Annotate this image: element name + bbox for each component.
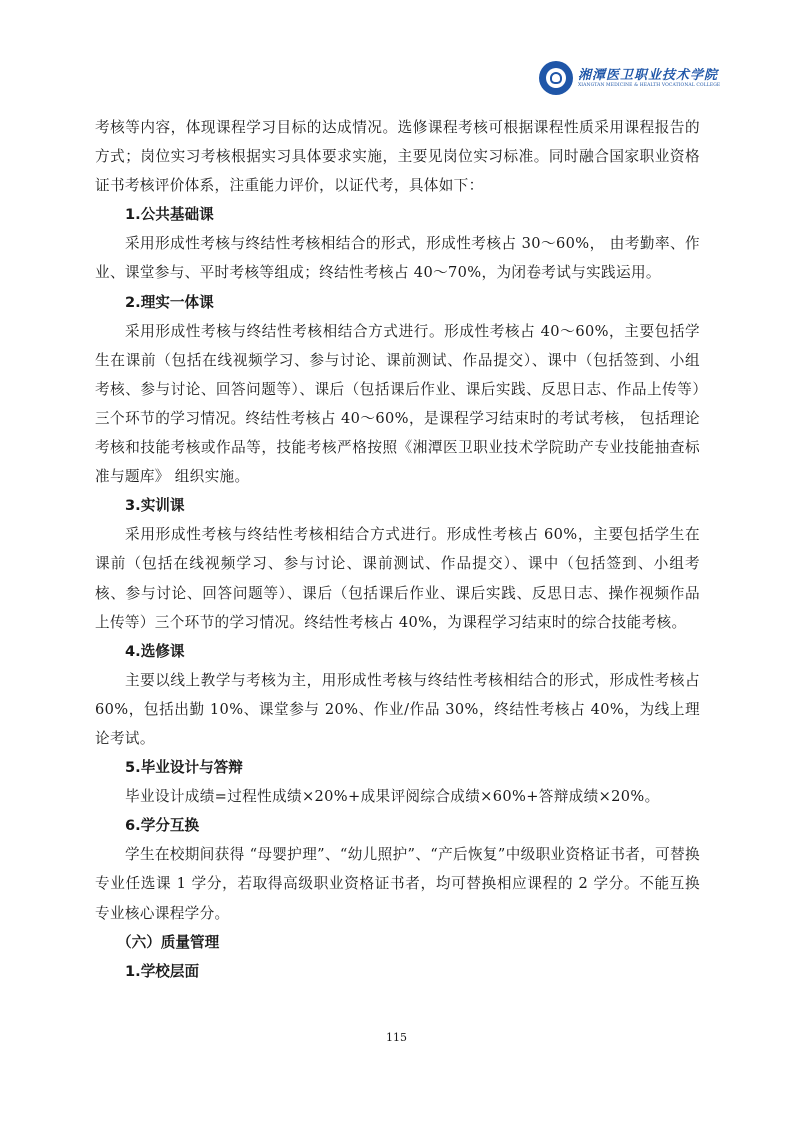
section-heading-credit-exchange: 6.学分互换: [95, 811, 700, 840]
logo-chinese-name: 湘潭医卫职业技术学院: [578, 68, 720, 83]
section-heading-school-level: 1.学校层面: [95, 957, 700, 986]
section-text-integrated: 采用形成性考核与终结性考核相结合方式进行。形成性考核占 40～60%，主要包括学…: [95, 317, 700, 492]
section-heading-elective: 4.选修课: [95, 637, 700, 666]
section-heading-practical-training: 3.实训课: [95, 491, 700, 520]
page-number: 115: [0, 1031, 793, 1044]
college-emblem-icon: [539, 61, 573, 95]
section-heading-public-basic: 1.公共基础课: [95, 200, 700, 229]
section-text-elective: 主要以线上教学与考核为主，用形成性考核与终结性考核相结合的形式，形成性考核占 6…: [95, 666, 700, 753]
section-heading-integrated: 2.理实一体课: [95, 288, 700, 317]
section-text-credit-exchange: 学生在校期间获得 “母婴护理”、“幼儿照护”、“产后恢复”中级职业资格证书者，可…: [95, 840, 700, 927]
section-heading-graduation-design: 5.毕业设计与答辩: [95, 753, 700, 782]
section-text-graduation-design: 毕业设计成绩=过程性成绩×20%+成果评阅综合成绩×60%+答辩成绩×20%。: [95, 782, 700, 811]
document-body: 考核等内容，体现课程学习目标的达成情况。选修课程考核可根据课程性质采用课程报告的…: [95, 113, 700, 986]
logo-text: 湘潭医卫职业技术学院 XIANGTAN MEDICINE & HEALTH VO…: [578, 68, 720, 89]
intro-paragraph: 考核等内容，体现课程学习目标的达成情况。选修课程考核可根据课程性质采用课程报告的…: [95, 113, 700, 200]
subsection-heading-quality-management: （六）质量管理: [95, 928, 700, 957]
section-text-public-basic: 采用形成性考核与终结性考核相结合的形式，形成性考核占 30～60%， 由考勤率、…: [95, 229, 700, 287]
section-text-practical-training: 采用形成性考核与终结性考核相结合方式进行。形成性考核占 60%，主要包括学生在课…: [95, 520, 700, 636]
college-logo: 湘潭医卫职业技术学院 XIANGTAN MEDICINE & HEALTH VO…: [539, 60, 720, 96]
logo-english-name: XIANGTAN MEDICINE & HEALTH VOCATIONAL CO…: [578, 83, 720, 89]
